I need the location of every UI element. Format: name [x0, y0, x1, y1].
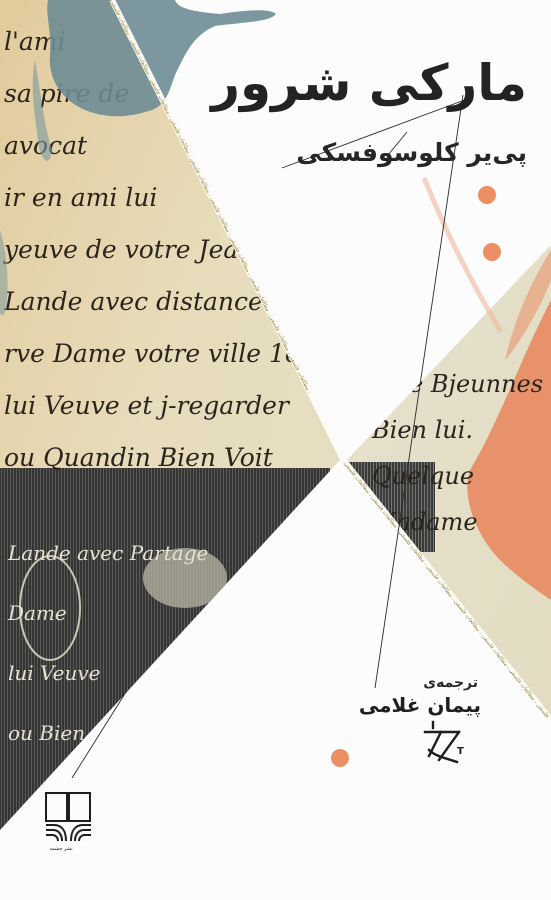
left-letter-collage: l'amisa pire deavocatir en ami luiyeuve …	[0, 0, 360, 848]
translator-label: ترجمه‌ی	[423, 675, 478, 691]
handwriting-line: rve Dame votre ville 1o	[4, 339, 300, 368]
handwriting-line: Dame	[7, 601, 67, 625]
handwriting-line: ou Bien	[8, 721, 85, 745]
handwriting-line: ir en ami lui	[4, 183, 157, 212]
paint-dot	[478, 186, 496, 204]
handwriting-line: Lande avec Partage	[7, 541, 208, 565]
handwriting-line: e	[372, 278, 386, 306]
cover-artwork: l'amisa pire deavocatir en ami luiyeuve …	[0, 0, 551, 900]
handwriting-line: lui Veuve	[8, 661, 101, 685]
handwriting-line: quil	[372, 324, 418, 352]
handwriting-line: ou Quandin Bien Voit	[4, 443, 274, 472]
author-name: پی‌یر کلوسوفسکی	[296, 140, 527, 165]
book-title: مارکی شرور	[211, 58, 527, 108]
publisher-logo-icon	[44, 791, 94, 843]
handwriting-line: ame Bjeunnes	[372, 370, 543, 398]
book-cover: l'amisa pire deavocatir en ami luiyeuve …	[0, 0, 551, 900]
imprint-monogram-icon: T	[423, 720, 467, 764]
handwriting-line: Quelque	[372, 462, 474, 490]
svg-text:T: T	[457, 746, 464, 757]
translator-name: پیمان غلامی	[359, 693, 481, 717]
handwriting-line: Bien lui.	[371, 416, 473, 444]
handwriting-line: yeuve de votre Jean	[3, 235, 254, 264]
handwriting-line: Lande avec distance	[3, 287, 263, 316]
publisher-caption: نشر چشمه	[36, 846, 86, 852]
paint-dot	[331, 749, 349, 767]
handwriting-line: lui Veuve et j-regarder	[4, 391, 291, 420]
paint-dot	[483, 243, 501, 261]
